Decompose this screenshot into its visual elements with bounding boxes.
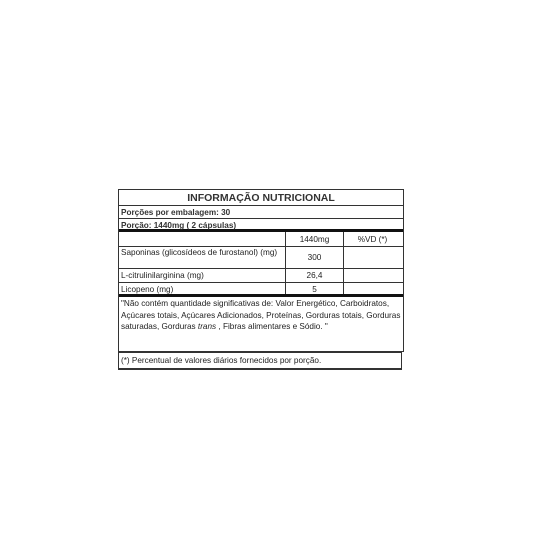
- header-amount: 1440mg: [285, 232, 343, 246]
- table-row: Saponinas (glicosídeos de furostanol) (m…: [119, 247, 403, 269]
- table-title: INFORMAÇÃO NUTRICIONAL: [119, 190, 403, 206]
- header-dv: %VD (*): [343, 232, 401, 246]
- nutrient-name: L-citrulinilarginina (mg): [119, 269, 285, 282]
- notes-text-2: , Fibras alimentares e Sódio. ": [216, 322, 328, 331]
- header-nutrient: [119, 232, 285, 246]
- servings-per-package: Porções por embalagem: 30: [119, 206, 403, 219]
- notes-text-italic: trans: [198, 322, 216, 331]
- nutrient-name: Licopeno (mg): [119, 283, 285, 294]
- nutrition-table: INFORMAÇÃO NUTRICIONAL Porções por embal…: [118, 189, 404, 352]
- nutrient-amount: 26,4: [285, 269, 343, 282]
- nutrient-dv: [343, 247, 401, 268]
- nutrition-notes: "Não contém quantidade significativas de…: [119, 297, 403, 352]
- table-header-row: 1440mg %VD (*): [119, 232, 403, 247]
- nutrient-dv: [343, 283, 401, 294]
- nutrient-dv: [343, 269, 401, 282]
- table-row: Licopeno (mg) 5: [119, 283, 403, 297]
- table-row: L-citrulinilarginina (mg) 26,4: [119, 269, 403, 283]
- nutrient-name: Saponinas (glicosídeos de furostanol) (m…: [119, 247, 285, 268]
- nutrient-amount: 300: [285, 247, 343, 268]
- nutrient-amount: 5: [285, 283, 343, 294]
- serving-size: Porção: 1440mg ( 2 cápsulas): [119, 219, 403, 232]
- daily-value-footnote: (*) Percentual de valores diários fornec…: [118, 352, 402, 370]
